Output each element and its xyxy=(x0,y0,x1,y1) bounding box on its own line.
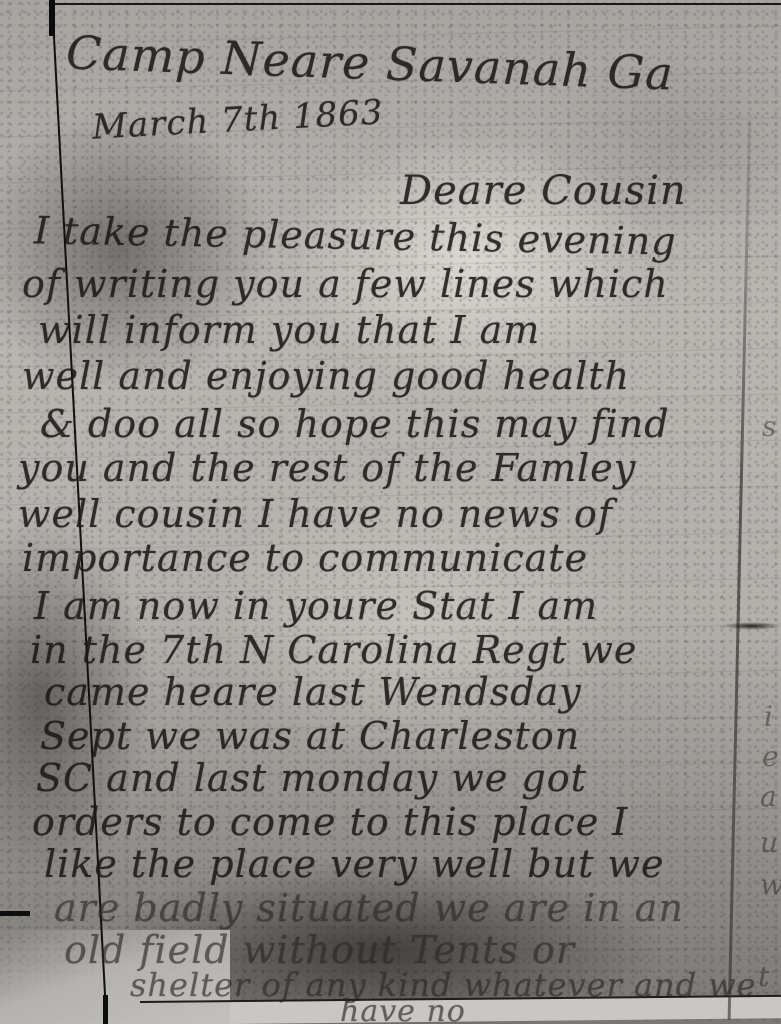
letter-line: are badly situated we are in an xyxy=(54,886,684,930)
letter-line: in the 7th N Carolina Regt we xyxy=(30,628,637,672)
letter-line: will inform you that I am xyxy=(38,308,540,352)
scanned-letter-page: Camp Neare Savanah Ga March 7th 1863 Dea… xyxy=(0,0,781,1024)
letter-line: I take the pleasure this evening xyxy=(34,208,677,263)
right-margin-fragment: e xyxy=(762,740,779,773)
letter-line: importance to communicate xyxy=(22,536,588,580)
letter-line: of writing you a few lines which xyxy=(22,262,669,306)
letter-line: orders to come to this place I xyxy=(32,800,628,844)
letter-line: well cousin I have no news of xyxy=(18,492,613,536)
right-margin-fragment: s xyxy=(762,410,776,443)
letter-line: have no xyxy=(340,994,466,1024)
letter-line: well and enjoying good health xyxy=(22,354,630,398)
right-margin-fragment: t xyxy=(758,960,769,993)
letter-salutation: Deare Cousin xyxy=(400,168,687,214)
right-margin-fragment: a xyxy=(760,780,777,813)
right-margin-fragment: w xyxy=(760,868,781,901)
letter-line: came heare last Wendsday xyxy=(44,670,582,714)
letter-line: I am now in youre Stat I am xyxy=(34,584,598,628)
letter-line: you and the rest of the Famley xyxy=(18,446,636,490)
right-margin-fragment: i xyxy=(764,700,773,733)
letter-place: Camp Neare Savanah Ga xyxy=(65,25,674,100)
letter-line: & doo all so hope this may find xyxy=(40,402,670,446)
letter-line: Sept we was at Charleston xyxy=(40,714,580,758)
right-margin-fragment: u xyxy=(760,826,778,859)
letter-text: Camp Neare Savanah Ga March 7th 1863 Dea… xyxy=(0,0,781,1024)
letter-line: like the place very well but we xyxy=(44,842,664,886)
letter-line: SC and last monday we got xyxy=(36,756,587,800)
letter-date: March 7th 1863 xyxy=(91,92,384,147)
